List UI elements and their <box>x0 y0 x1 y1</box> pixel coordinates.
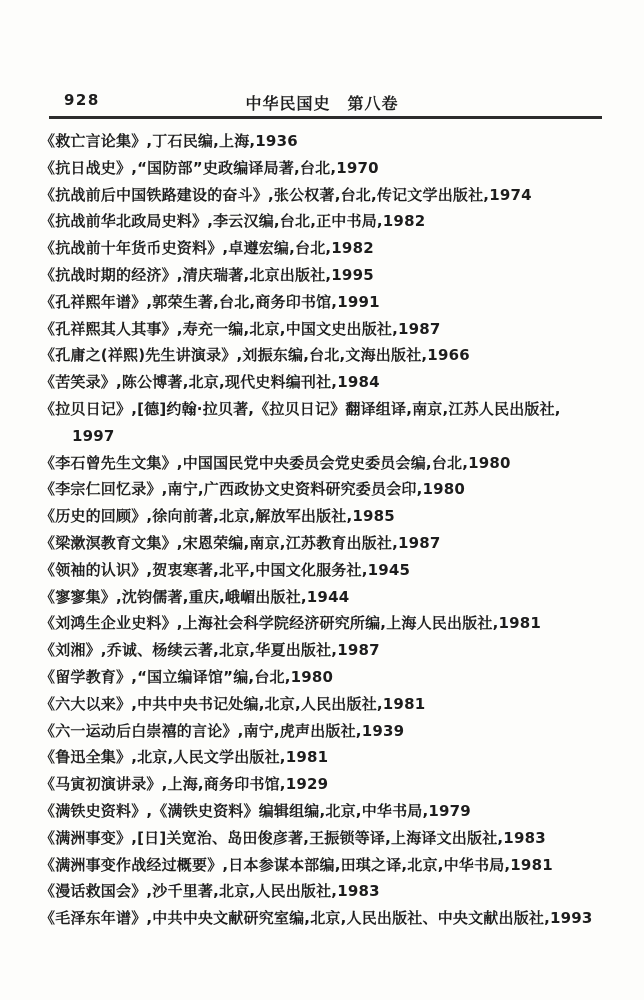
bibliography-entry-line: 《满洲事变作战经过概要》,日本参谋本部编,田琪之译,北京,中华书局,1981 <box>40 852 634 879</box>
bibliography-entry-line: 《毛泽东年谱》,中共中央文献研究室编,北京,人民出版社、中央文献出版社,1993 <box>40 905 634 932</box>
header-rule <box>49 116 602 119</box>
bibliography-entry-line: 《六一运动后白崇禧的言论》,南宁,虎声出版社,1939 <box>40 718 634 745</box>
bibliography-entry-line: 《漫话救国会》,沙千里著,北京,人民出版社,1983 <box>40 878 634 905</box>
bibliography-entry-line: 《李宗仁回忆录》,南宁,广西政协文史资料研究委员会印,1980 <box>40 476 634 503</box>
bibliography-entry-line: 《寥寥集》,沈钧儒著,重庆,峨嵋出版社,1944 <box>40 584 634 611</box>
book-title: 中华民国史 第八卷 <box>0 91 644 114</box>
bibliography-entry-line: 《拉贝日记》,[德]约翰·拉贝著,《拉贝日记》翻译组译,南京,江苏人民出版社, <box>40 396 634 423</box>
bibliography-entry-line: 《梁漱溟教育文集》,宋恩荣编,南京,江苏教育出版社,1987 <box>40 530 634 557</box>
bibliography-entry-line: 《抗战前后中国铁路建设的奋斗》,张公权著,台北,传记文学出版社,1974 <box>40 182 634 209</box>
bibliography-entry-line: 《李石曾先生文集》,中国国民党中央委员会党史委员会编,台北,1980 <box>40 450 634 477</box>
bibliography-entry-line: 《满铁史资料》,《满铁史资料》编辑组编,北京,中华书局,1979 <box>40 798 634 825</box>
bibliography-entry-line: 1997 <box>40 423 634 450</box>
bibliography-entry-line: 《孔祥熙年谱》,郭荣生著,台北,商务印书馆,1991 <box>40 289 634 316</box>
bibliography-entry-line: 《领袖的认识》,贺衷寒著,北平,中国文化服务社,1945 <box>40 557 634 584</box>
bibliography-entry-line: 《马寅初演讲录》,上海,商务印书馆,1929 <box>40 771 634 798</box>
bibliography-entry-line: 《抗战前十年货币史资料》,卓遵宏编,台北,1982 <box>40 235 634 262</box>
bibliography-entry-line: 《留学教育》,“国立编译馆”编,台北,1980 <box>40 664 634 691</box>
bibliography-entry-line: 《抗日战史》,“国防部”史政编译局著,台北,1970 <box>40 155 634 182</box>
bibliography-entry-line: 《刘湘》,乔诚、杨续云著,北京,华夏出版社,1987 <box>40 637 634 664</box>
bibliography-entry-line: 《孔庸之(祥熙)先生讲演录》,刘振东编,台北,文海出版社,1966 <box>40 342 634 369</box>
bibliography-entry-line: 《抗战时期的经济》,清庆瑞著,北京出版社,1995 <box>40 262 634 289</box>
bibliography-entry-line: 《孔祥熙其人其事》,寿充一编,北京,中国文史出版社,1987 <box>40 316 634 343</box>
bibliography-entry-line: 《满洲事变》,[日]关宽治、岛田俊彦著,王振锁等译,上海译文出版社,1983 <box>40 825 634 852</box>
bibliography-entry-line: 《鲁迅全集》,北京,人民文学出版社,1981 <box>40 744 634 771</box>
bibliography-entry-line: 《苦笑录》,陈公博著,北京,现代史料编刊社,1984 <box>40 369 634 396</box>
bibliography-entry-line: 《历史的回顾》,徐向前著,北京,解放军出版社,1985 <box>40 503 634 530</box>
bibliography-entry-line: 《抗战前华北政局史料》,李云汉编,台北,正中书局,1982 <box>40 208 634 235</box>
bibliography-entry-line: 《六大以来》,中共中央书记处编,北京,人民出版社,1981 <box>40 691 634 718</box>
bibliography-entry-line: 《救亡言论集》,丁石民编,上海,1936 <box>40 128 634 155</box>
bibliography-entry-line: 《刘鸿生企业史料》,上海社会科学院经济研究所编,上海人民出版社,1981 <box>40 610 634 637</box>
bibliography-list: 《救亡言论集》,丁石民编,上海,1936《抗日战史》,“国防部”史政编译局著,台… <box>40 128 634 932</box>
scanned-book-page: 928 中华民国史 第八卷 《救亡言论集》,丁石民编,上海,1936《抗日战史》… <box>0 0 644 1000</box>
